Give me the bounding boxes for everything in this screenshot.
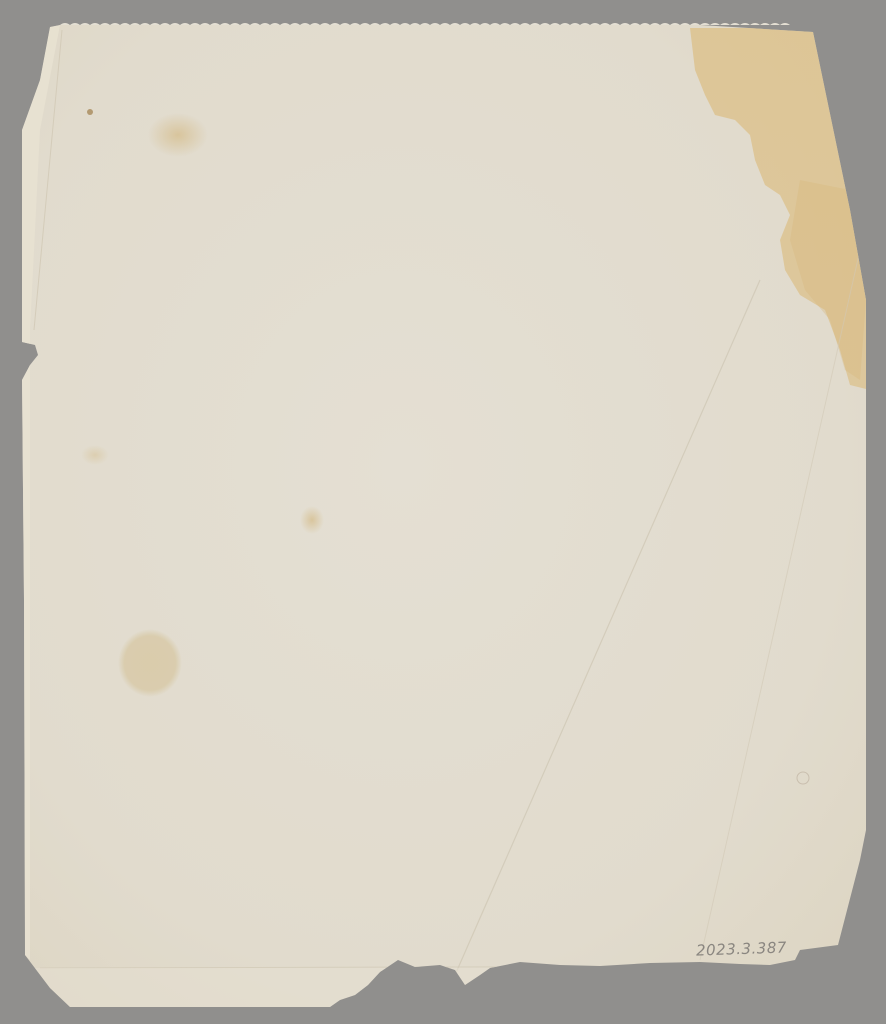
foxing-spot: [118, 629, 182, 697]
paper-sheet: [0, 0, 886, 1024]
accession-number: 2023.3.387: [696, 938, 787, 959]
